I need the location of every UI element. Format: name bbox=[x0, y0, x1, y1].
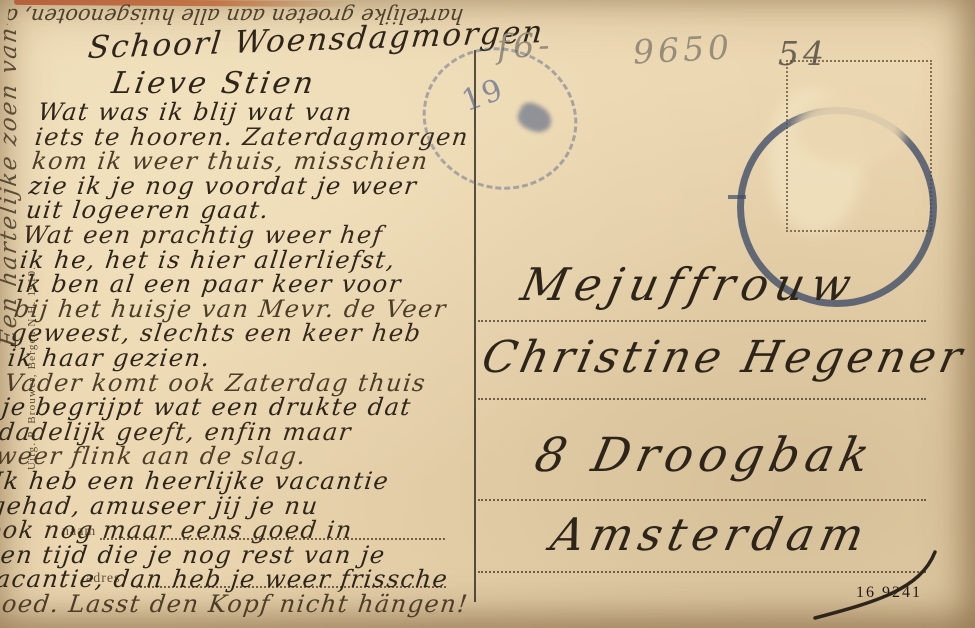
postcard-back: hartelijke groeten aan alle huisgenooten… bbox=[0, 0, 975, 628]
message-line: gehad, amuseer jij je nu bbox=[0, 494, 453, 519]
message-line: je begrijpt wat een drukte dat bbox=[0, 395, 465, 420]
message-line: Vader komt ook Zaterdag thuis bbox=[3, 371, 468, 396]
card-print-number: 16 9241 bbox=[856, 584, 922, 602]
postmark-fade-patch bbox=[795, 95, 905, 165]
message-line: uit logeeren gaat. bbox=[25, 198, 490, 223]
publisher-imprint: Uitg. P. Brouwer, Bergen N.H. 1910. bbox=[26, 266, 38, 470]
message-line: ook nog maar eens goed in bbox=[0, 518, 450, 543]
message-line: geweest, slechts een keer heb bbox=[10, 321, 475, 346]
message-line: moed. Lasst den Kopf nicht hängen! bbox=[0, 592, 441, 617]
message-line: weer flink aan de slag. bbox=[0, 444, 459, 469]
message-line: vacantie, dan heb je weer frissche bbox=[0, 567, 444, 592]
message-line: ik he, het is hier allerliefst, bbox=[19, 248, 484, 273]
message-line: ik haar gezien. bbox=[6, 346, 471, 371]
margin-closing-note: Een hartelijke zoen van bbox=[0, 24, 22, 348]
message-line: Wat een prachtig weer hef bbox=[22, 223, 487, 248]
message-line: bij het huisje van Mevr. de Veer bbox=[13, 297, 478, 322]
message-line: den tijd die je nog rest van je bbox=[0, 543, 447, 568]
message-line: zie ik je nog voordat je weer bbox=[28, 174, 493, 199]
message-line: dadelijk geeft, enfin maar bbox=[0, 420, 462, 445]
pencil-number-mark: 9650 bbox=[632, 27, 734, 71]
message-line: Ik heb een heerlijke vacantie bbox=[0, 469, 456, 494]
message-body: Wat was ik blij wat van iets te hooren. … bbox=[0, 100, 502, 616]
address-dotted-line-2 bbox=[478, 398, 926, 400]
pen-flourish-stroke bbox=[770, 540, 940, 625]
address-dotted-line-3 bbox=[478, 499, 926, 501]
message-line: ik ben al een paar keer voor bbox=[16, 272, 481, 297]
postmark-tick-mark bbox=[728, 195, 746, 199]
salutation: Lieve Stien bbox=[109, 66, 318, 101]
address-dotted-line-1 bbox=[478, 320, 926, 322]
message-line: kom ik weer thuis, misschien bbox=[31, 149, 496, 174]
address-title: Mejuffrouw bbox=[516, 258, 862, 311]
address-street: 8 Droogbak bbox=[530, 428, 880, 483]
address-name: Christine Hegener bbox=[478, 332, 971, 383]
